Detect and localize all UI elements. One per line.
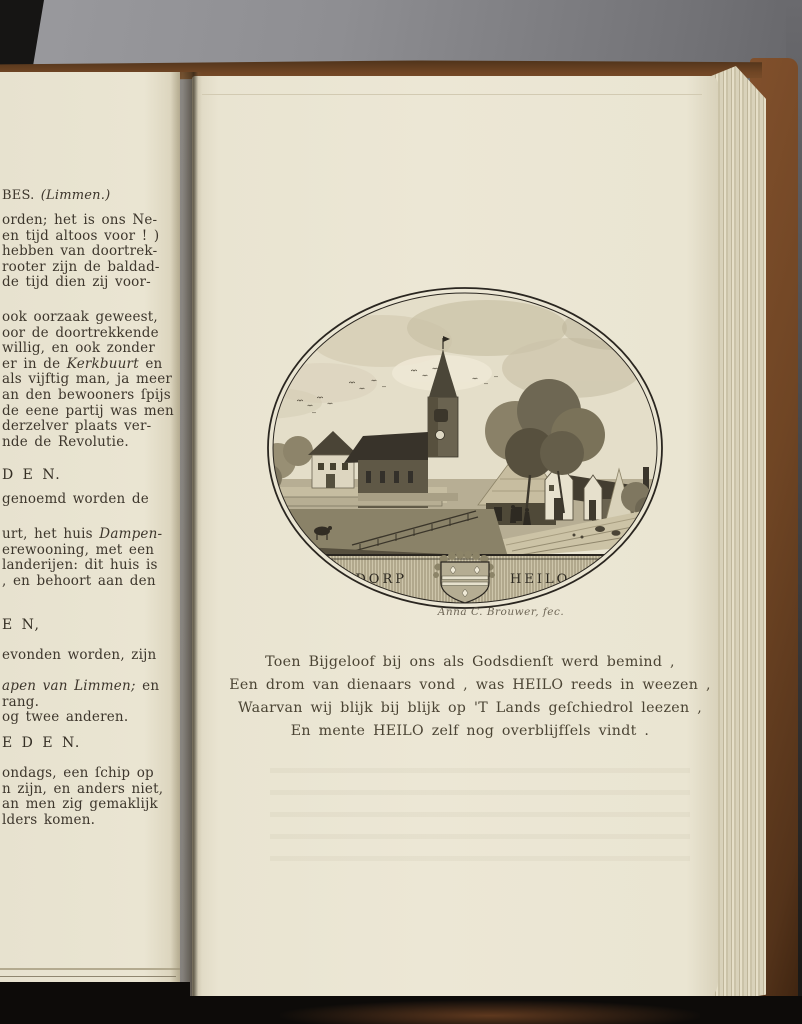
paragraph: ook oorzaak geweest,oor de doortrekkende… — [2, 310, 174, 450]
text-line: als vijftig man, ja meer — [2, 372, 174, 388]
text-line: apen van Limmen; en — [2, 679, 159, 695]
paragraph: apen van Limmen; enrang.og twee anderen. — [2, 679, 159, 726]
heilo-engraving: 'T DORP HEILO . — [262, 283, 668, 613]
section-heading: E N, — [2, 618, 40, 634]
paragraph: genoemd worden de — [2, 492, 149, 508]
paragraph: evonden worden, zijn — [2, 648, 156, 664]
text-line: en tijd altoos voor ! ) — [2, 229, 160, 245]
text-line: ook oorzaak geweest, — [2, 310, 174, 326]
text-line: evonden worden, zijn — [2, 648, 156, 664]
caption-band: 'T DORP HEILO . — [262, 551, 668, 613]
text-line: ondags, een ſchip op — [2, 766, 163, 782]
caption-t-dorp: 'T DORP — [330, 572, 407, 587]
running-head-italic: (Limmen.) — [41, 188, 111, 203]
verse-line: Waarvan wij blijk bij blijk op 'T Lands … — [200, 697, 740, 720]
book-scan: BES. (Limmen.) orden; het is ons Ne-en t… — [0, 0, 802, 1024]
text-line: urt, het huis Dampen- — [2, 527, 162, 543]
text-line: genoemd worden de — [2, 492, 149, 508]
text-line: er in de Kerkbuurt en — [2, 357, 174, 373]
text-line: landerijen: dit huis is — [2, 558, 162, 574]
show-through-ghost — [270, 762, 690, 872]
text-line: rooter zijn de baldad- — [2, 260, 160, 276]
left-page-text: BES. (Limmen.) orden; het is ons Ne-en t… — [0, 72, 180, 984]
paragraph: ondags, een ſchip opn zijn, en anders ni… — [2, 766, 163, 828]
text-line: willig, en ook zonder — [2, 341, 174, 357]
verse-line: En mente HEILO zelf nog overblijfſels vi… — [200, 720, 740, 743]
verse-line: Een drom van dienaars vond , was HEILO r… — [200, 674, 740, 697]
paragraph: orden; het is ons Ne-en tijd altoos voor… — [2, 213, 160, 291]
text-line: orden; het is ons Ne- — [2, 213, 160, 229]
text-line: derzelver plaats ver- — [2, 419, 174, 435]
text-line: hebben van doortrek- — [2, 244, 160, 260]
text-line: rang. — [2, 695, 159, 711]
page-edge-line — [202, 94, 702, 95]
text-line: n zijn, en anders niet, — [2, 782, 163, 798]
text-line: lders komen. — [2, 813, 163, 829]
verse-block: Toen Bijgeloof bij ons als Godsdienſt we… — [200, 651, 740, 743]
caption-heilo: HEILO . — [510, 572, 585, 587]
running-head: BES. (Limmen.) — [2, 188, 110, 204]
section-heading: E D E N. — [2, 736, 81, 752]
text-line: oor de doortrekkende — [2, 326, 174, 342]
text-line: og twee anderen. — [2, 710, 159, 726]
text-line: an den bewooners ſpijs — [2, 388, 174, 404]
text-line: , en behoort aan den — [2, 574, 162, 590]
text-line: de eene partij was men — [2, 404, 174, 420]
text-line: de tijd dien zij voor- — [2, 275, 160, 291]
table-wood-glow — [280, 1000, 700, 1024]
running-head-roman: BES. — [2, 188, 41, 203]
engraver-signature: Anna C. Brouwer, fec. — [262, 606, 704, 618]
verse-line: Toen Bijgeloof bij ons als Godsdienſt we… — [200, 651, 740, 674]
paragraph: urt, het huis Dampen-erewooning, met een… — [2, 527, 162, 589]
text-line: an men zig gemaklijk — [2, 797, 163, 813]
yard-wall — [358, 493, 458, 501]
text-line: nde de Revolutie. — [2, 435, 174, 451]
text-line: erewooning, met een — [2, 543, 162, 559]
section-heading: D E N. — [2, 468, 61, 484]
